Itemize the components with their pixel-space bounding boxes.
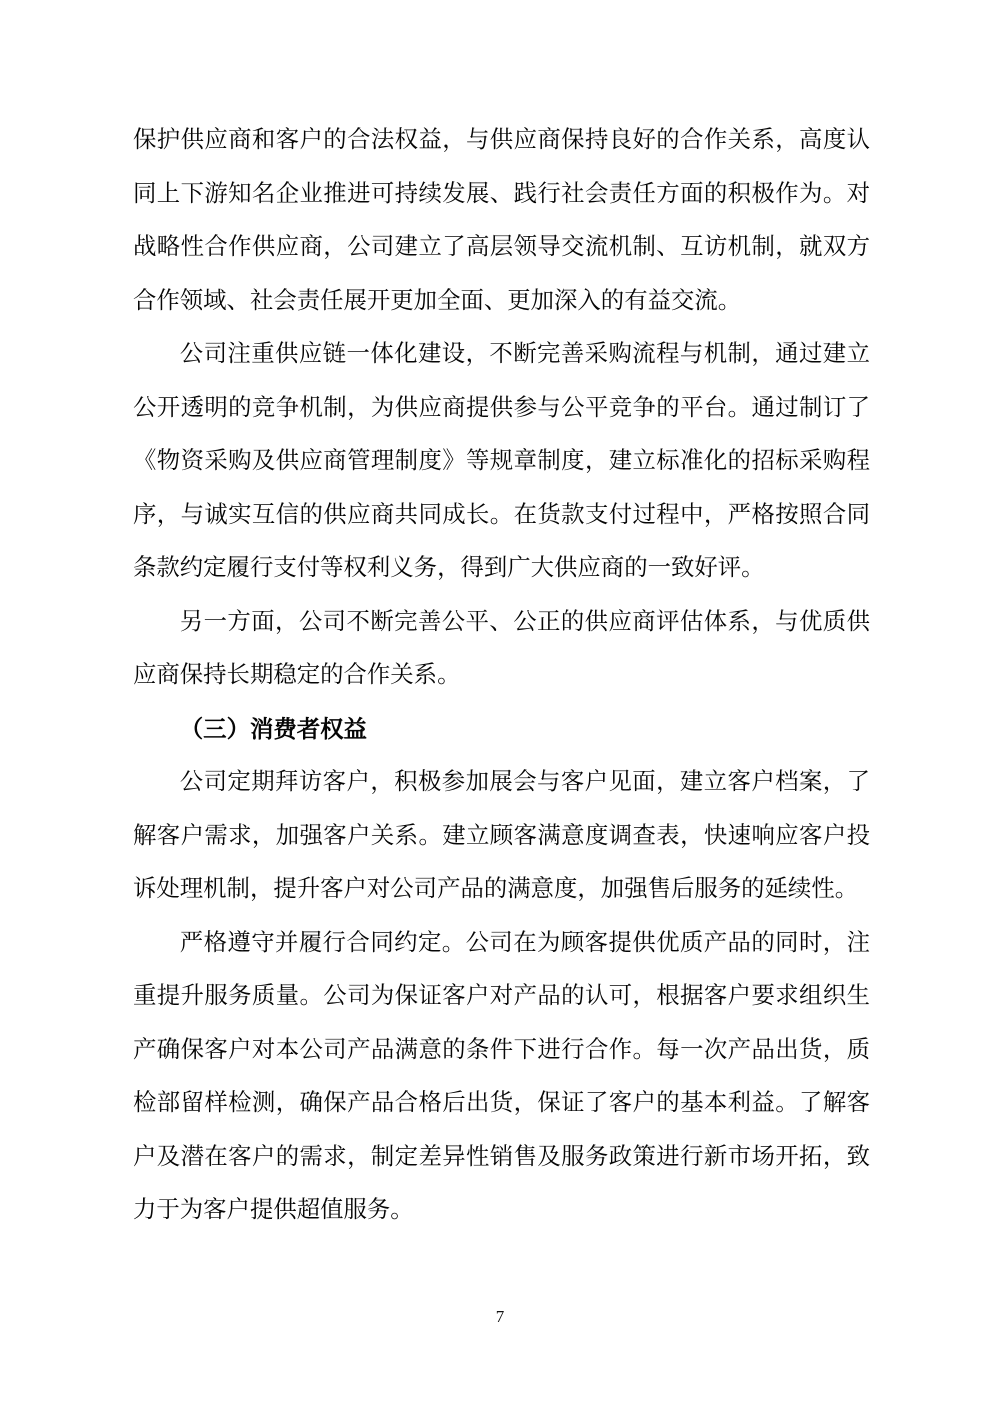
paragraph: 公司定期拜访客户，积极参加展会与客户见面，建立客户档案，了解客户需求，加强客户关… bbox=[133, 756, 870, 917]
paragraph: 严格遵守并履行合同约定。公司在为顾客提供优质产品的同时，注重提升服务质量。公司为… bbox=[133, 917, 870, 1238]
section-heading: （三）消费者权益 bbox=[133, 703, 870, 757]
paragraph: 保护供应商和客户的合法权益，与供应商保持良好的合作关系，高度认同上下游知名企业推… bbox=[133, 114, 870, 328]
page-number: 7 bbox=[496, 1307, 505, 1326]
paragraph: 公司注重供应链一体化建设，不断完善采购流程与机制，通过建立公开透明的竞争机制，为… bbox=[133, 328, 870, 596]
paragraph: 另一方面，公司不断完善公平、公正的供应商评估体系，与优质供应商保持长期稳定的合作… bbox=[133, 596, 870, 703]
document-body: 保护供应商和客户的合法权益，与供应商保持良好的合作关系，高度认同上下游知名企业推… bbox=[133, 114, 870, 1238]
document-page: 保护供应商和客户的合法权益，与供应商保持良好的合作关系，高度认同上下游知名企业推… bbox=[0, 0, 1000, 1415]
page-footer: 7 bbox=[0, 1306, 1000, 1328]
